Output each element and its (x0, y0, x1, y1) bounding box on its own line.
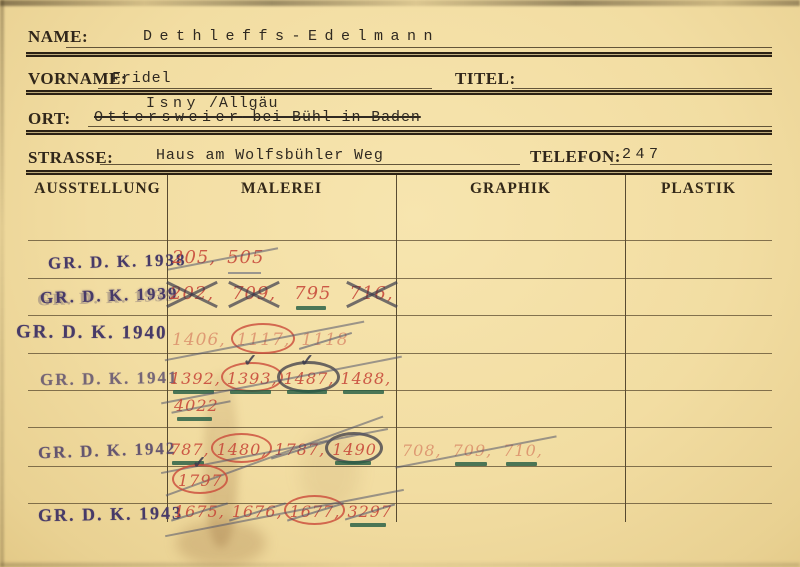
annotation-ul-green (343, 390, 384, 394)
handwriting-cell-1940-malerei: 1406,1117,1118 (172, 330, 360, 350)
telefon-underline (610, 164, 772, 165)
handwritten-number: 708, (402, 441, 442, 460)
exhibition-stamp-1942: GR. D. K. 1942 (38, 439, 177, 464)
table-top-rule (26, 170, 772, 175)
divider-rule (26, 90, 772, 95)
name-label: NAME: (28, 27, 88, 47)
ruled-line (28, 390, 772, 391)
annotation-ul-green (506, 462, 538, 466)
handwritten-number: 1675, (174, 502, 225, 521)
handwriting-cell-1938-malerei: 205,505 (172, 247, 275, 268)
annotation-strike (298, 332, 351, 350)
handwritten-number: 1490 (332, 440, 377, 459)
annotation-ul-green (230, 390, 271, 394)
handwritten-number: 1797 (178, 471, 223, 490)
ort-value-old-struck: Ottersweier bei Bühl in Baden (94, 109, 421, 126)
exhibition-stamp-1941: GR. D. K. 1941 (40, 368, 179, 390)
handwritten-number: 1392, (170, 369, 221, 388)
annotation-x (168, 279, 216, 308)
annotation-strike (171, 503, 228, 522)
ruled-line (28, 315, 772, 316)
ort-label: ORT: (28, 109, 71, 129)
annotation-ul-green (296, 306, 326, 310)
divider-rule (26, 52, 772, 57)
ort-old-city: Ottersweier (94, 109, 243, 126)
column-divider (625, 175, 626, 522)
vorname-value: Fridel (112, 70, 171, 87)
handwritten-number: 716, (350, 283, 394, 304)
ort-old-rest: bei Bühl in Baden (243, 109, 421, 126)
ruled-line (28, 353, 772, 354)
index-card: NAME: Dethleffs-Edelmann VORNAME: Fridel… (0, 0, 800, 567)
titel-label: TITEL: (455, 69, 516, 89)
exhibition-stamp-1940: GR. D. K. 1940 (16, 321, 168, 344)
stain (176, 520, 266, 566)
ruled-line (28, 240, 772, 241)
annotation-circle-pencil (325, 432, 383, 464)
column-header-malerei: MALEREI (167, 180, 396, 198)
handwritten-number: 3297 (347, 502, 392, 521)
handwritten-number: 795 (294, 283, 331, 304)
annotation-ul-green (177, 417, 213, 421)
telefon-value: 247 (622, 146, 663, 163)
handwriting-cell-1941-malerei-2: 4022 (174, 396, 230, 415)
column-header-graphik: GRAPHIK (396, 180, 625, 198)
telefon-label: TELEFON: (530, 147, 621, 167)
annotation-ul-green (455, 462, 487, 466)
annotation-strike (345, 504, 395, 521)
divider-rule (26, 130, 772, 135)
ruled-line (28, 427, 772, 428)
handwriting-cell-1941-malerei: 1392,1393,1487,1488, (170, 369, 397, 388)
name-value: Dethleffs-Edelmann (143, 28, 440, 45)
card-edge-shadow (0, 0, 800, 6)
handwritten-number: 709, (232, 283, 276, 304)
ort-underline (88, 126, 772, 127)
strasse-label: STRASSE: (28, 148, 113, 168)
handwritten-number: 202, (170, 283, 214, 304)
handwriting-cell-1942-malerei-2: 1797 (178, 471, 234, 490)
annotation-ul-pencil (228, 272, 262, 274)
card-edge-shadow (0, 0, 4, 567)
column-divider (396, 175, 397, 522)
handwritten-number: 1406, (172, 330, 226, 350)
exhibition-stamp-1938: GR. D. K. 1938 (48, 250, 187, 274)
titel-underline (512, 88, 772, 89)
annotation-x (230, 279, 278, 308)
annotation-circle-red (231, 323, 296, 354)
name-underline (66, 47, 772, 48)
annotation-check (192, 453, 208, 469)
handwriting-cell-1939-malerei: 202,709,795716, (170, 283, 412, 304)
annotation-check (243, 351, 259, 367)
exhibition-stamp-1943: GR. D. K. 1943 (38, 503, 183, 527)
strasse-underline (100, 164, 520, 165)
ruled-line (28, 278, 772, 279)
column-header-plastik: PLASTIK (625, 180, 772, 198)
card-edge-shadow (0, 563, 800, 567)
handwritten-number: 1488, (340, 369, 391, 388)
vorname-underline (98, 88, 432, 89)
exhibition-stamp-1939: GR. D. K. 1939 (40, 284, 179, 309)
handwriting-cell-1942-graphik: 708,709,710, (402, 441, 554, 460)
annotation-ul-green (350, 523, 386, 527)
strasse-value: Haus am Wolfsbühler Weg (156, 147, 384, 164)
annotation-x (348, 279, 396, 308)
annotation-ul-green (287, 390, 328, 394)
annotation-ul-green (335, 461, 371, 465)
column-header-ausstellung: AUSSTELLUNG (28, 180, 167, 198)
handwriting-cell-1943-malerei: 1675,1676,1677,3297 (174, 502, 399, 521)
annotation-check (300, 351, 316, 367)
